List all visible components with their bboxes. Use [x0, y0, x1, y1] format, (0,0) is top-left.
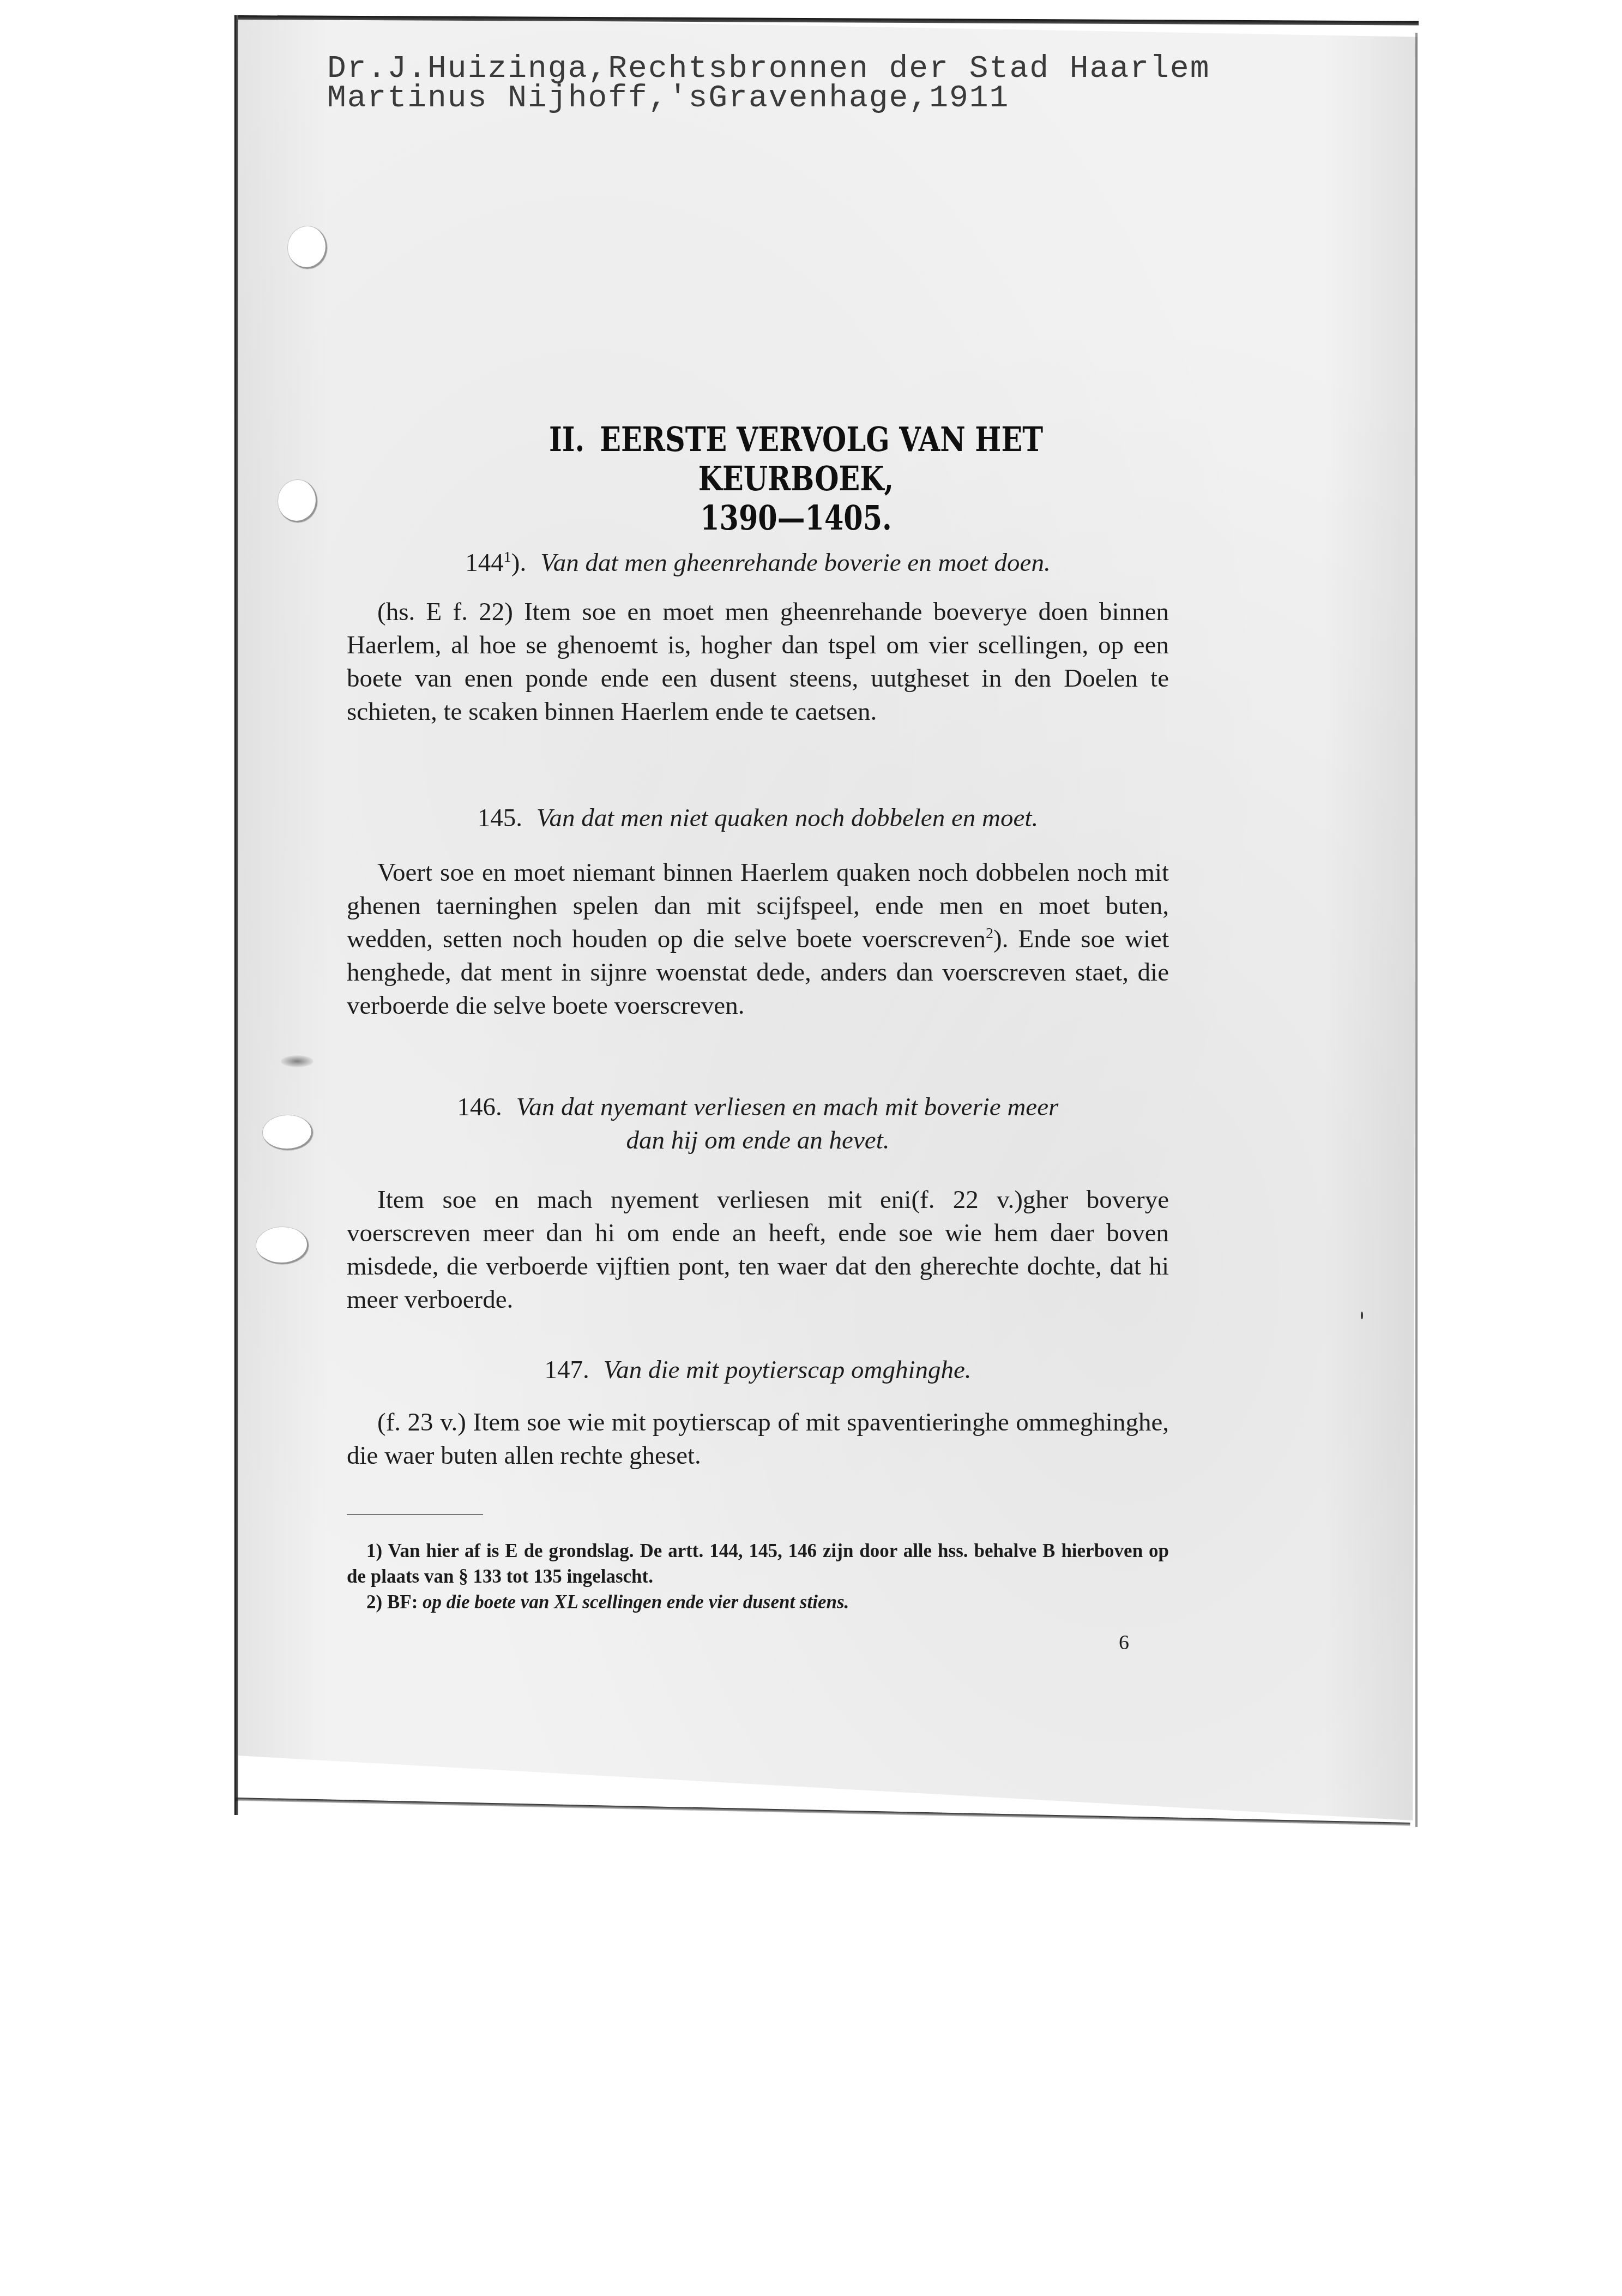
chapter-number: II. — [549, 419, 584, 459]
article-146-heading: 146.Van dat nyemant verliesen en mach mi… — [347, 1091, 1169, 1157]
scan-edge-right — [1415, 33, 1418, 1827]
article-146-body: Item soe en mach nyement verliesen mit e… — [347, 1183, 1169, 1317]
article-body: Item soe en mach nyement verliesen mit e… — [347, 1186, 1169, 1314]
chapter-years: 1390—1405. — [465, 498, 1127, 538]
chapter-title: II.EERSTE VERVOLG VAN HET KEURBOEK, 1390… — [465, 420, 1127, 538]
citation-header: Dr.J.Huizinga,Rechtsbronnen der Stad Haa… — [327, 55, 1210, 113]
punch-hole-icon — [263, 1115, 313, 1150]
page-number: 6 — [1119, 1631, 1129, 1655]
footnote-1: 1) Van hier af is E de grondslag. De art… — [347, 1538, 1169, 1589]
article-title: Van die mit poytierscap omghinghe. — [604, 1356, 972, 1384]
article-body: (hs. E f. 22) Item soe en moet men gheen… — [347, 598, 1169, 726]
article-144-body: (hs. E f. 22) Item soe en moet men gheen… — [347, 596, 1169, 729]
article-title-cont: dan hij om ende an hevet. — [347, 1124, 1169, 1157]
footnote-2: 2) BF: op die boete van XL scellingen en… — [347, 1589, 1169, 1615]
footnote-ref[interactable]: 1 — [504, 549, 511, 566]
punch-hole-icon — [288, 226, 327, 269]
smudge-mark — [281, 1055, 313, 1067]
article-147-heading: 147.Van die mit poytierscap omghinghe. — [347, 1354, 1169, 1387]
article-number: 146. — [457, 1093, 502, 1121]
article-145-heading: 145.Van dat men niet quaken noch dobbele… — [347, 802, 1169, 835]
article-number: 147. — [544, 1356, 589, 1384]
article-144-heading: 1441).Van dat men gheenrehande boverie e… — [347, 546, 1169, 580]
footnotes: 1) Van hier af is E de grondslag. De art… — [347, 1538, 1169, 1615]
scan-edge-left — [234, 15, 238, 1815]
article-title: Van dat men gheenrehande boverie en moet… — [540, 549, 1050, 577]
article-body: (f. 23 v.) Item soe wie mit poytierscap … — [347, 1408, 1169, 1470]
speck-mark — [1361, 1312, 1363, 1319]
footnote-divider — [347, 1514, 483, 1515]
article-147-body: (f. 23 v.) Item soe wie mit poytierscap … — [347, 1406, 1169, 1472]
citation-line-2: Martinus Nijhoff,'sGravenhage,1911 — [327, 81, 1009, 116]
article-title: Van dat men niet quaken noch dobbelen en… — [536, 804, 1038, 832]
punch-hole-icon — [278, 480, 317, 522]
article-145-body: Voert soe en moet niemant binnen Haerlem… — [347, 856, 1169, 1023]
article-title: Van dat nyemant verliesen en mach mit bo… — [516, 1093, 1059, 1121]
article-number: 145. — [478, 804, 522, 832]
footnote-ref[interactable]: 2 — [986, 925, 993, 942]
punch-hole-icon — [256, 1227, 309, 1264]
article-number: 1441). — [465, 549, 526, 577]
chapter-heading: EERSTE VERVOLG VAN HET KEURBOEK, — [600, 419, 1043, 498]
